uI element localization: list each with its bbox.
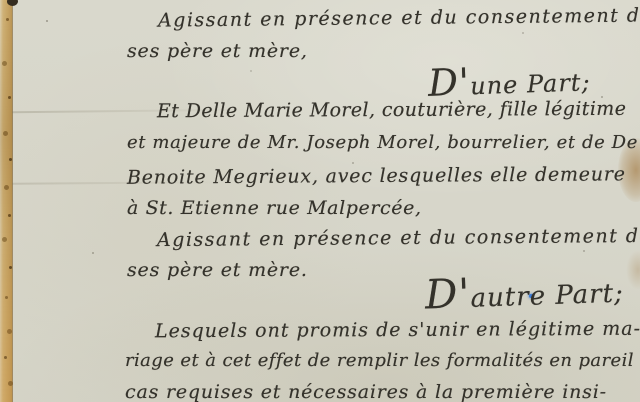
manuscript-line: Et Delle Marie Morel, couturière, fille … — [157, 98, 626, 122]
part-heading-autre-part: D'autre Part; — [424, 265, 624, 319]
aged-page-edge — [0, 0, 13, 402]
manuscript-line: Agissant en présence et du consentement … — [157, 225, 640, 251]
manuscript-line: Agissant en présence et du consentement … — [158, 4, 640, 31]
manuscript-line: riage et à cet effet de remplir les form… — [125, 350, 634, 371]
manuscript-scan: Agissant en présence et du consentement … — [0, 0, 640, 402]
manuscript-line: à St. Etienne rue Malpercée, — [127, 197, 422, 219]
manuscript-line: ses père et mère. — [127, 259, 308, 281]
manuscript-line: ses père et mère, — [127, 40, 308, 62]
manuscript-line: Benoite Megrieux, avec lesquelles elle d… — [127, 163, 626, 188]
manuscript-line: et majeure de Mr. Joseph Morel, bourreli… — [127, 132, 638, 153]
dust-specks — [0, 0, 2, 2]
manuscript-line: cas requises et nécessaires à la premièr… — [125, 381, 607, 402]
manuscript-line: Lesquels ont promis de s'unir en légitim… — [155, 318, 640, 343]
right-edge-stain — [626, 250, 640, 290]
edge-tear-notch — [7, 0, 18, 6]
